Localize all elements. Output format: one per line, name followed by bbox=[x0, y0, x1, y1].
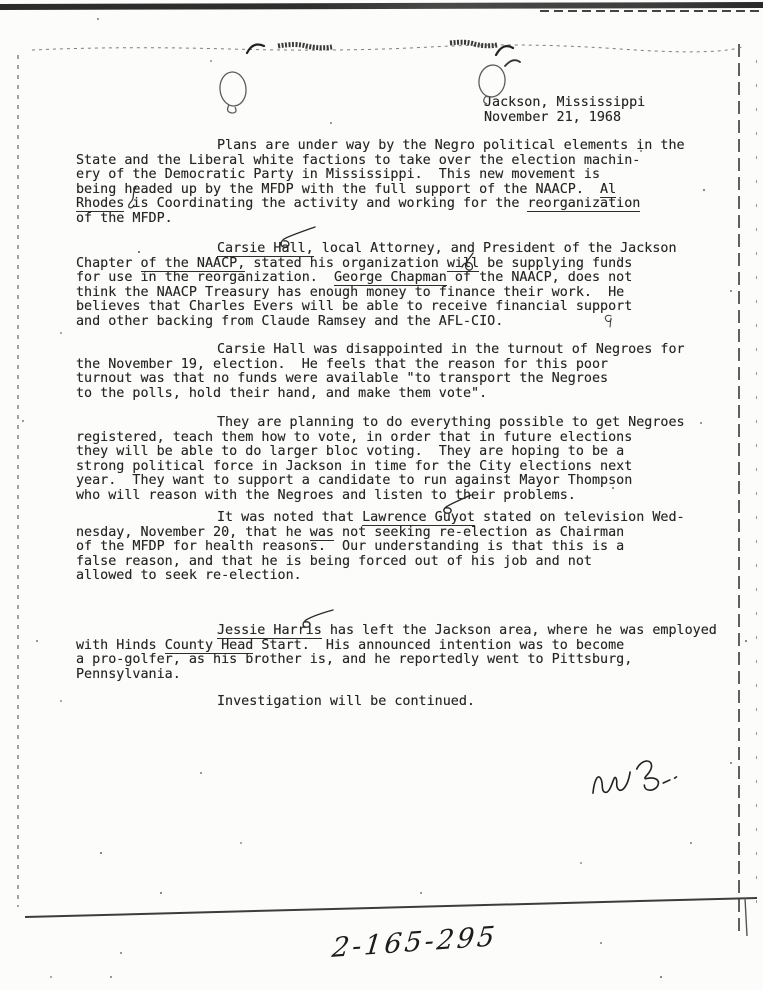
paragraph-3-line-1: Carsie Hall was disappointed in the turn… bbox=[76, 343, 685, 358]
fold-line bbox=[32, 45, 745, 52]
paragraph-1: Plans are under way by the Negro politic… bbox=[76, 139, 685, 226]
paragraph-4: They are planning to do everything possi… bbox=[76, 416, 685, 503]
bottom-right-edge-artifact bbox=[745, 898, 747, 936]
paragraph-7-line-1: Investigation will be continued. bbox=[76, 695, 475, 710]
location-line: Jackson, Mississippi bbox=[484, 96, 645, 111]
right-scan-edge-artifact-2 bbox=[756, 60, 757, 910]
paragraph-5-line-1: It was noted that Lawrence Guyot stated … bbox=[76, 511, 685, 526]
paragraph-1-line-2: State and the Liberal white factions to … bbox=[76, 154, 685, 169]
right-scan-edge-artifact bbox=[738, 44, 740, 936]
dateline-block: Jackson, Mississippi November 21, 1968 bbox=[484, 96, 645, 125]
staple-hole-circle-left bbox=[218, 71, 247, 113]
paragraph-1-line-6: of the MFDP. bbox=[76, 212, 685, 227]
top-scan-edge-artifact bbox=[0, 2, 763, 10]
scan-noise-speckles bbox=[0, 0, 2, 2]
paragraph-3-line-2: the November 19, election. He feels that… bbox=[76, 358, 685, 373]
paragraph-4-line-3: they will be able to do larger bloc voti… bbox=[76, 445, 685, 460]
fold-hook-left bbox=[247, 45, 264, 53]
bottom-scan-edge-artifact bbox=[25, 898, 757, 917]
paragraph-5-line-3: of the MFDP for health reasons. Our unde… bbox=[76, 540, 685, 555]
paragraph-2-line-4: think the NAACP Treasury has enough mone… bbox=[76, 286, 677, 301]
fold-hook-right bbox=[496, 46, 513, 55]
paragraph-2-line-6: and other backing from Claude Ramsey and… bbox=[76, 315, 677, 330]
paragraph-3: Carsie Hall was disappointed in the turn… bbox=[76, 343, 685, 401]
paragraph-6: Jessie Harris has left the Jackson area,… bbox=[76, 624, 717, 682]
top-scan-edge-artifact-2 bbox=[540, 10, 763, 12]
paragraph-2: Carsie Hall, local Attorney, and Preside… bbox=[76, 242, 677, 329]
paragraph-2-line-3: for use in the reorganization. George Ch… bbox=[76, 271, 677, 286]
paragraph-6-line-1: Jessie Harris has left the Jackson area,… bbox=[76, 624, 717, 639]
fold-smudge-left bbox=[278, 45, 332, 48]
paragraph-2-line-5: believes that Charles Evers will be able… bbox=[76, 300, 677, 315]
paragraph-7: Investigation will be continued. bbox=[76, 695, 475, 710]
signature-initials bbox=[589, 757, 678, 799]
paragraph-4-line-1: They are planning to do everything possi… bbox=[76, 416, 685, 431]
date-line: November 21, 1968 bbox=[484, 111, 645, 126]
paragraph-1-line-3: ery of the Democratic Party in Mississip… bbox=[76, 168, 685, 183]
paragraph-4-line-5: year. They want to support a candidate t… bbox=[76, 474, 685, 489]
scanned-document-page: Jackson, Mississippi November 21, 1968 P… bbox=[0, 0, 763, 990]
paragraph-5-line-2: nesday, November 20, that he was not see… bbox=[76, 526, 685, 541]
fold-smudge-right bbox=[450, 42, 497, 46]
paragraph-6-line-3: a pro-golfer, as his brother is, and he … bbox=[76, 653, 717, 668]
paragraph-5: It was noted that Lawrence Guyot stated … bbox=[76, 511, 685, 584]
paragraph-6-line-2: with Hinds County Head Start. His announ… bbox=[76, 639, 717, 654]
paragraph-4-line-2: registered, teach them how to vote, in o… bbox=[76, 431, 685, 446]
paragraph-5-line-5: allowed to seek re-election. bbox=[76, 569, 685, 584]
paragraph-4-line-6: who will reason with the Negroes and lis… bbox=[76, 489, 685, 504]
paragraph-2-line-1: Carsie Hall, local Attorney, and Preside… bbox=[76, 242, 677, 257]
paragraph-4-line-4: strong political force in Jackson in tim… bbox=[76, 460, 685, 475]
paragraph-3-line-4: to the polls, hold their hand, and make … bbox=[76, 387, 685, 402]
paragraph-1-line-5: Rhodes is Coordinating the activity and … bbox=[76, 197, 685, 212]
paragraph-3-line-3: turnout was that no funds were available… bbox=[76, 372, 685, 387]
paragraph-1-line-1: Plans are under way by the Negro politic… bbox=[76, 139, 685, 154]
paragraph-2-line-2: Chapter of the NAACP, stated his organiz… bbox=[76, 257, 677, 272]
handwritten-case-number: 2-165-295 bbox=[331, 921, 499, 964]
left-scan-edge-artifact bbox=[17, 55, 19, 907]
paragraph-1-line-4: being headed up by the MFDP with the ful… bbox=[76, 183, 685, 198]
paragraph-5-line-4: false reason, and that he is being force… bbox=[76, 555, 685, 570]
paragraph-6-line-4: Pennsylvania. bbox=[76, 668, 717, 683]
